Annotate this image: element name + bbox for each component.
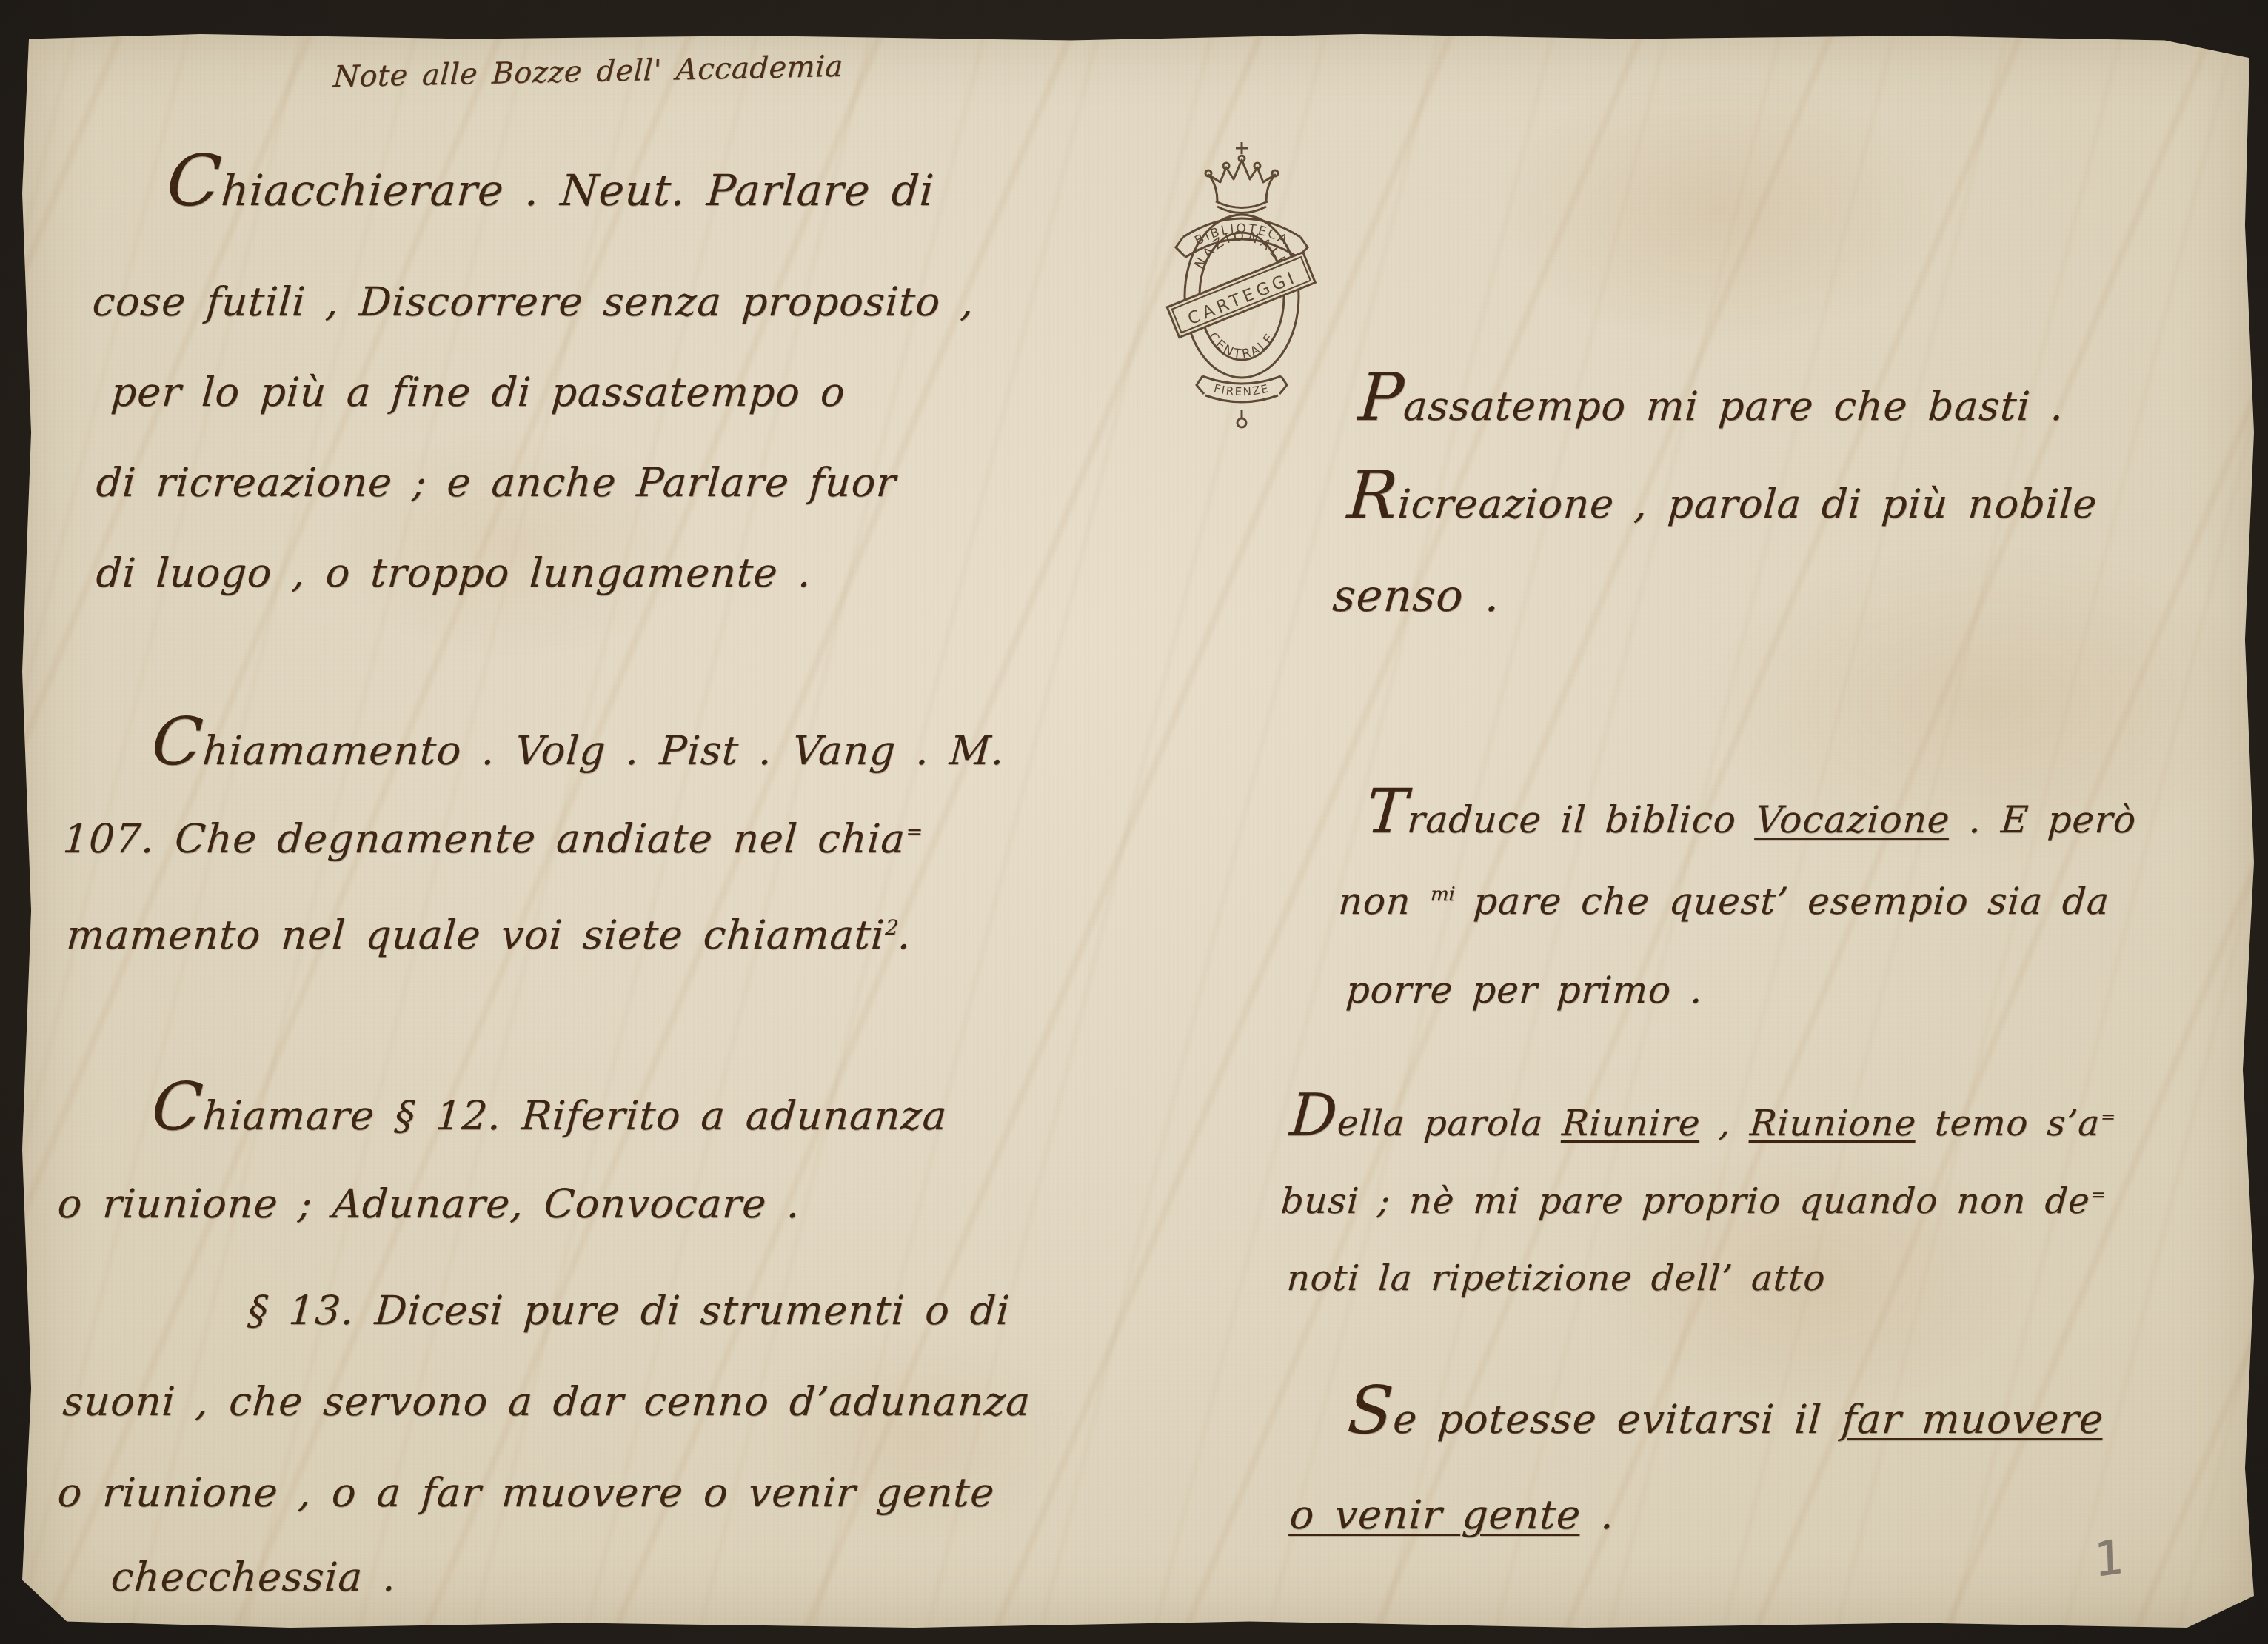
right-p4-line1: Se potesse evitarsi il far muovere — [1345, 1388, 2106, 1443]
hyphen-mark: = — [905, 821, 923, 843]
superscript-mark: 2 — [884, 915, 899, 940]
left-p3-line2: o riunione ; Adunare, Convocare . — [56, 1180, 802, 1227]
left-p1-line4: di ricreazione ; e anche Parlare fuor — [95, 459, 898, 506]
right-p3-line3: noti la ripetizione dell’ atto — [1285, 1257, 1827, 1299]
left-p2-line2: 107. Che degnamente andiate nel chia= — [61, 815, 924, 862]
left-p1-line5: di luogo , o troppo lungamente . — [95, 549, 814, 596]
left-p4-line3: o riunione , o a far muovere o venir gen… — [56, 1469, 997, 1516]
underlined-phrase: o venir gente — [1288, 1491, 1583, 1538]
right-p1-line3: senso . — [1331, 570, 1502, 622]
left-p2-line3: mamento nel quale voi siete chiamati2. — [65, 912, 913, 958]
header-note: Note alle Bozze dell' Accademia — [332, 50, 844, 94]
underlined-phrase: far muovere — [1840, 1396, 2105, 1443]
left-p4-line4: checchessia . — [110, 1554, 398, 1600]
manuscript-page: Note alle Bozze dell' Accademia — [0, 0, 2268, 1644]
paper-sheet: Note alle Bozze dell' Accademia — [22, 34, 2254, 1628]
right-p1-line1: Passatempo mi pare che basti . — [1357, 375, 2066, 430]
left-p1-line1: Chiacchierare . Neut. Parlare di — [164, 156, 937, 215]
right-p2-line1: Traduce il biblico Vocazione . E però — [1365, 791, 2138, 841]
left-p3-line1: Chiamare § 12. Riferito a adunanza — [150, 1084, 949, 1139]
right-p3-line1: Della parola Riunire , Riunione temo s’a… — [1288, 1095, 2118, 1144]
hyphen-mark: = — [2100, 1106, 2116, 1127]
library-stamp: BIBLIOTECA NAZIONALE CENTRALE FIRENZE CA… — [1164, 127, 1323, 431]
underlined-word: Riunione — [1748, 1103, 1918, 1144]
left-p4-line1: § 13. Dicesi pure di strumenti o di — [247, 1287, 1011, 1334]
svg-text:CENTRALE: CENTRALE — [1205, 330, 1278, 362]
underlined-word: Vocazione — [1754, 798, 1952, 841]
right-p1-line2: Ricreazione , parola di più nobile — [1345, 472, 2099, 527]
left-p4-line2: suoni , che servono a dar cenno d’adunan… — [61, 1378, 1032, 1425]
hyphen-mark: = — [2090, 1184, 2107, 1205]
right-p2-line2: non mi pare che quest’ esempio sia da — [1337, 880, 2111, 923]
left-p1-line2: cose futili , Discorrere senza proposito… — [91, 278, 976, 325]
left-p2-line1: Chiamamento . Volg . Pist . Vang . M. — [150, 719, 1007, 774]
right-p3-line2: busi ; nè mi pare proprio quando non de= — [1279, 1180, 2107, 1222]
right-p2-line3: porre per primo . — [1345, 969, 1705, 1012]
left-p1-line3: per lo più a fine di passatempo o — [110, 369, 847, 415]
inserted-word: mi — [1430, 883, 1456, 906]
page-number-pencil: 1 — [2093, 1529, 2125, 1588]
stamp-crown-icon — [1205, 142, 1278, 213]
underlined-word: Riunire — [1561, 1103, 1702, 1144]
right-p4-line2: o venir gente . — [1288, 1491, 1616, 1538]
